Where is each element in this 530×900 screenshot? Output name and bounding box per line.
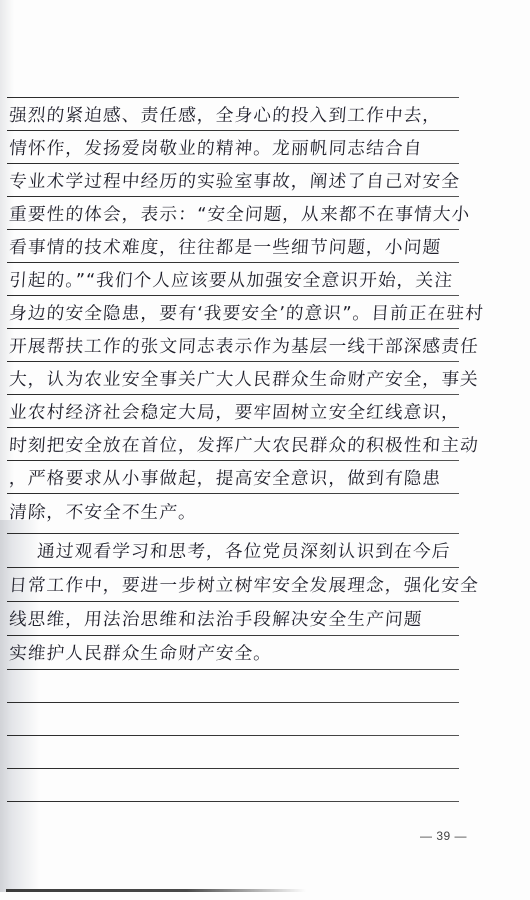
ruled-line bbox=[7, 635, 459, 636]
ruled-line bbox=[7, 801, 459, 802]
ruled-line bbox=[7, 97, 459, 98]
ruled-line bbox=[7, 702, 459, 703]
handwritten-line: 大，认为农业安全事关广大人民群众生命财产安全，事关 bbox=[8, 365, 480, 395]
handwritten-line: 时刻把安全放在首位，发挥广大农民群众的积极性和主动 bbox=[8, 431, 480, 461]
handwritten-line: 清除，不安全不生产。 bbox=[8, 498, 480, 528]
handwritten-line: 强烈的紧迫感、责任感，全身心的投入到工作中去， bbox=[8, 101, 480, 131]
ruled-line bbox=[7, 735, 459, 736]
ruled-line bbox=[7, 567, 459, 568]
handwritten-line: 专业术学过程中经历的实验室事故，阐述了自己对安全 bbox=[8, 167, 480, 197]
handwritten-line: ，严格要求从小事做起，提高安全意识，做到有隐患 bbox=[8, 464, 480, 494]
handwritten-line: 重要性的体会，表示：“安全问题，从来都不在事情大小 bbox=[8, 200, 480, 230]
handwritten-line: 情怀作，发扬爱岗敬业的精神。龙丽帆同志结合自 bbox=[8, 134, 480, 164]
handwritten-line: 实维护人民群众生命财产安全。 bbox=[8, 639, 480, 669]
handwritten-line-paragraph-start: 通过观看学习和思考，各位党员深刻认识到在今后 bbox=[36, 537, 508, 567]
ruled-line bbox=[7, 601, 459, 602]
handwritten-line: 日常工作中，要进一步树立树牢安全发展理念，强化安全 bbox=[8, 571, 480, 601]
handwritten-line: 线思维，用法治思维和法治手段解决安全生产问题 bbox=[8, 605, 480, 635]
page-bottom-edge bbox=[6, 889, 306, 892]
ruled-line bbox=[7, 669, 459, 670]
handwritten-line: 开展帮扶工作的张文同志表示作为基层一线干部深感责任 bbox=[8, 332, 480, 362]
ruled-line bbox=[7, 533, 459, 534]
page-number: — 39 — bbox=[420, 829, 467, 843]
handwritten-line: 看事情的技术难度，往往都是一些细节问题，小问题 bbox=[8, 233, 480, 263]
handwritten-line: 身边的安全隐患，要有‘我要安全’的意识”。目前正在驻村 bbox=[8, 299, 480, 329]
ruled-line bbox=[7, 768, 459, 769]
notebook-page: 强烈的紧迫感、责任感，全身心的投入到工作中去， 情怀作，发扬爱岗敬业的精神。龙丽… bbox=[0, 0, 530, 900]
handwritten-line: 引起的。”“我们个人应该要从加强安全意识开始，关注 bbox=[8, 266, 480, 296]
handwritten-line: 业农村经济社会稳定大局，要牢固树立安全红线意识， bbox=[8, 398, 480, 428]
